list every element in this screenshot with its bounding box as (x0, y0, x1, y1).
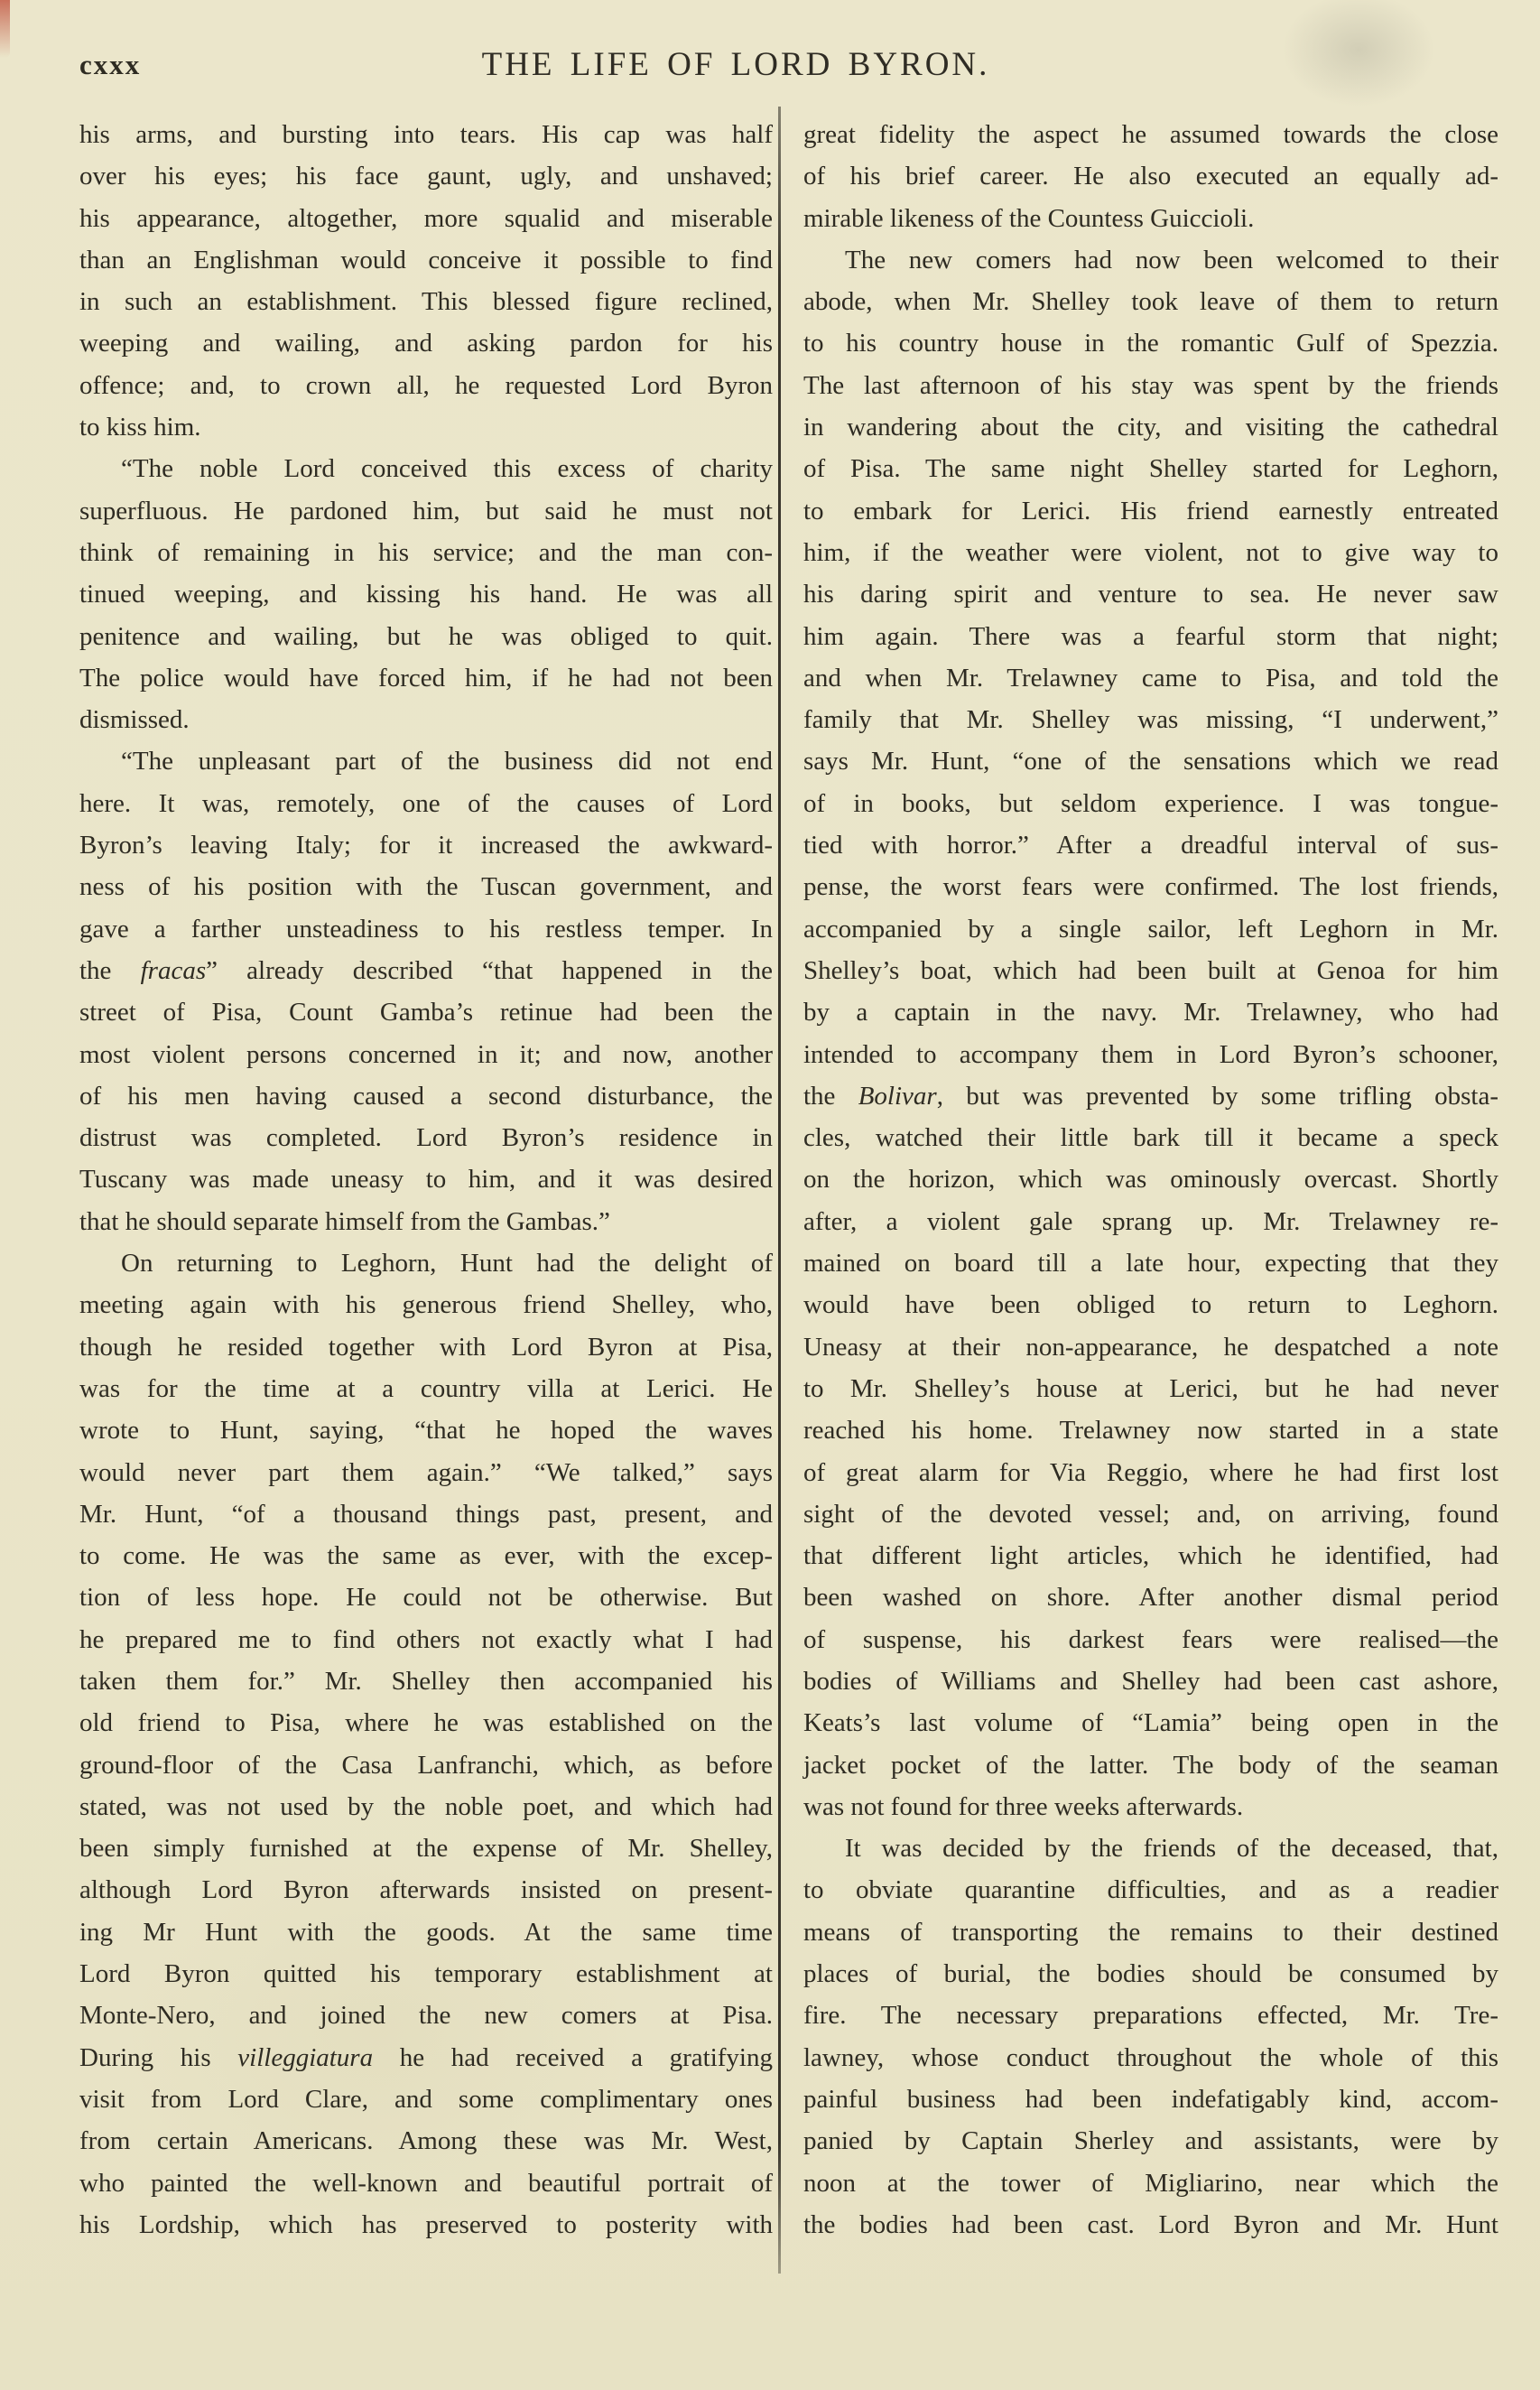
text-run: on the horizon, which was ominously over… (803, 1165, 1498, 1194)
text-line: by a captain in the navy. Mr. Trelawney,… (803, 991, 1498, 1033)
text-run: jacket pocket of the latter. The body of… (803, 1751, 1498, 1780)
text-line: Monte-Nero, and joined the new comers at… (79, 1995, 773, 2036)
text-line: Byron’s leaving Italy; for it increased … (79, 824, 773, 866)
text-run: means of transporting the remains to the… (803, 1918, 1498, 1947)
text-line: mirable likeness of the Countess Guiccio… (803, 198, 1498, 239)
text-line: to embark for Lerici. His friend earnest… (803, 490, 1498, 532)
text-line: offence; and, to crown all, he requested… (79, 365, 773, 406)
text-run: gave a farther unsteadiness to his restl… (79, 915, 773, 944)
text-line: visit from Lord Clare, and some complime… (79, 2078, 773, 2120)
text-line: of Pisa. The same night Shelley started … (803, 448, 1498, 489)
text-line: that he should separate himself from the… (79, 1201, 773, 1242)
text-run: Byron’s leaving Italy; for it increased … (79, 831, 773, 860)
text-line: means of transporting the remains to the… (803, 1911, 1498, 1953)
text-run: his appearance, altogether, more squalid… (79, 204, 773, 233)
text-run: places of burial, the bodies should be c… (803, 1959, 1498, 1988)
text-run: meeting again with his generous friend S… (79, 1290, 773, 1319)
text-run: from certain Americans. Among these was … (79, 2126, 773, 2155)
text-run: would never part them again.” “We talked… (79, 1458, 773, 1487)
text-line: his appearance, altogether, more squalid… (79, 198, 773, 239)
text-run: of his brief career. He also executed an… (803, 162, 1498, 191)
text-line: tied with horror.” After a dreadful inte… (803, 824, 1498, 866)
text-line: The police would have forced him, if he … (79, 657, 773, 699)
text-line: would have been obliged to return to Leg… (803, 1284, 1498, 1325)
text-line: been washed on shore. After another dism… (803, 1576, 1498, 1618)
text-run: although Lord Byron afterwards insisted … (79, 1875, 773, 1904)
text-line: would never part them again.” “We talked… (79, 1452, 773, 1493)
text-line: of suspense, his darkest fears were real… (803, 1619, 1498, 1660)
text-run: mirable likeness of the Countess Guiccio… (803, 204, 1254, 233)
text-line: distrust was completed. Lord Byron’s res… (79, 1117, 773, 1158)
text-run: who painted the well-known and beautiful… (79, 2169, 773, 2198)
text-run: ness of his position with the Tuscan gov… (79, 872, 773, 901)
text-line: jacket pocket of the latter. The body of… (803, 1744, 1498, 1786)
text-run: Shelley’s boat, which had been built at … (803, 956, 1498, 985)
text-line: his Lordship, which has preserved to pos… (79, 2204, 773, 2246)
text-run: mained on board till a late hour, expect… (803, 1249, 1498, 1278)
text-run: to Mr. Shelley’s house at Lerici, but he… (803, 1374, 1498, 1403)
text-line: Keats’s last volume of “Lamia” being ope… (803, 1702, 1498, 1744)
text-run: his Lordship, which has preserved to pos… (79, 2210, 773, 2239)
text-run: Mr. Hunt, “of a thousand things past, pr… (79, 1500, 773, 1529)
text-run: superfluous. He pardoned him, but said h… (79, 497, 773, 525)
text-run: noon at the tower of Migliarino, near wh… (803, 2169, 1498, 2198)
text-run: in such an establishment. This blessed f… (79, 287, 773, 316)
text-run: the bodies had been cast. Lord Byron and… (803, 2210, 1498, 2239)
text-line: to obviate quarantine difficulties, and … (803, 1869, 1498, 1911)
right-column: great fidelity the aspect he assumed tow… (803, 114, 1498, 2246)
text-run: him again. There was a fearful storm tha… (803, 622, 1498, 651)
text-run: weeping and wailing, and asking pardon f… (79, 329, 773, 358)
text-line: the fracas” already described “that happ… (79, 950, 773, 991)
text-line: ing Mr Hunt with the goods. At the same … (79, 1911, 773, 1953)
text-run: , but was prevented by some trifling obs… (937, 1082, 1498, 1111)
text-run: Lord Byron quitted his temporary establi… (79, 1959, 773, 1988)
text-run: of Pisa. The same night Shelley started … (803, 454, 1498, 483)
text-line: cles, watched their little bark till it … (803, 1117, 1498, 1158)
italic-text: villeggiatura (237, 2043, 373, 2072)
text-run: abode, when Mr. Shelley took leave of th… (803, 287, 1498, 316)
text-line: wrote to Hunt, saying, “that he hoped th… (79, 1409, 773, 1451)
text-run: great fidelity the aspect he assumed tow… (803, 120, 1498, 149)
text-line: great fidelity the aspect he assumed tow… (803, 114, 1498, 155)
italic-text: fracas (141, 956, 207, 985)
text-run: over his eyes; his face gaunt, ugly, and… (79, 162, 773, 191)
text-line: been simply furnished at the expense of … (79, 1827, 773, 1869)
text-line: tion of less hope. He could not be other… (79, 1576, 773, 1618)
text-line: him, if the weather were violent, not to… (803, 532, 1498, 573)
text-line: of his men having caused a second distur… (79, 1075, 773, 1117)
text-line: the bodies had been cast. Lord Byron and… (803, 2204, 1498, 2246)
text-run: intended to accompany them in Lord Byron… (803, 1040, 1498, 1069)
text-run: old friend to Pisa, where he was establi… (79, 1708, 773, 1737)
text-run: bodies of Williams and Shelley had been … (803, 1667, 1498, 1696)
text-line: who painted the well-known and beautiful… (79, 2162, 773, 2204)
text-line: mained on board till a late hour, expect… (803, 1242, 1498, 1284)
text-run: ing Mr Hunt with the goods. At the same … (79, 1918, 773, 1947)
text-run: of great alarm for Via Reggio, where he … (803, 1458, 1498, 1487)
text-line: It was decided by the friends of the dec… (803, 1827, 1498, 1869)
text-run: During his (79, 2043, 237, 2072)
text-run: lawney, whose conduct throughout the who… (803, 2043, 1498, 2072)
text-line: him again. There was a fearful storm tha… (803, 616, 1498, 657)
text-run: that different light articles, which he … (803, 1541, 1498, 1570)
text-run: dismissed. (79, 705, 190, 734)
text-line: than an Englishman would conceive it pos… (79, 239, 773, 281)
text-run: tion of less hope. He could not be other… (79, 1583, 773, 1612)
text-line: panied by Captain Sherley and assistants… (803, 2120, 1498, 2162)
text-run: of in books, but seldom experience. I wa… (803, 789, 1498, 818)
text-run: to obviate quarantine difficulties, and … (803, 1875, 1498, 1904)
text-run: Tuscany was made uneasy to him, and it w… (79, 1165, 773, 1194)
column-divider (778, 107, 781, 2274)
text-run: Monte-Nero, and joined the new comers at… (79, 2001, 773, 2030)
text-run: Keats’s last volume of “Lamia” being ope… (803, 1708, 1498, 1737)
left-column: his arms, and bursting into tears. His c… (79, 114, 773, 2246)
text-line: was not found for three weeks afterwards… (803, 1786, 1498, 1827)
text-line: superfluous. He pardoned him, but said h… (79, 490, 773, 532)
text-line: although Lord Byron afterwards insisted … (79, 1869, 773, 1911)
text-run: On returning to Leghorn, Hunt had the de… (121, 1249, 773, 1278)
text-line: of his brief career. He also executed an… (803, 155, 1498, 197)
text-line: that different light articles, which he … (803, 1535, 1498, 1576)
text-line: though he resided together with Lord Byr… (79, 1326, 773, 1368)
text-run: ” already described “that happened in th… (206, 956, 773, 985)
text-run: The police would have forced him, if he … (79, 664, 773, 693)
text-run: to embark for Lerici. His friend earnest… (803, 497, 1498, 525)
text-run: “The unpleasant part of the business did… (121, 747, 773, 776)
text-line: weeping and wailing, and asking pardon f… (79, 322, 773, 364)
text-line: bodies of Williams and Shelley had been … (803, 1660, 1498, 1702)
text-run: panied by Captain Sherley and assistants… (803, 2126, 1498, 2155)
text-run: the (79, 956, 141, 985)
text-line: tinued weeping, and kissing his hand. He… (79, 573, 773, 615)
text-run: tinued weeping, and kissing his hand. He… (79, 580, 773, 609)
text-line: he prepared me to find others not exactl… (79, 1619, 773, 1660)
text-run: by a captain in the navy. Mr. Trelawney,… (803, 998, 1498, 1027)
text-run: think of remaining in his service; and t… (79, 538, 773, 567)
text-line: noon at the tower of Migliarino, near wh… (803, 2162, 1498, 2204)
text-line: fire. The necessary preparations effecte… (803, 1995, 1498, 2036)
text-run: The last afternoon of his stay was spent… (803, 371, 1498, 400)
text-run: sight of the devoted vessel; and, on arr… (803, 1500, 1498, 1529)
text-line: to Mr. Shelley’s house at Lerici, but he… (803, 1368, 1498, 1409)
text-line: meeting again with his generous friend S… (79, 1284, 773, 1325)
text-run: most violent persons concerned in it; an… (79, 1040, 773, 1069)
text-line: in such an establishment. This blessed f… (79, 281, 773, 322)
text-line: pense, the worst fears were confirmed. T… (803, 866, 1498, 907)
text-line: On returning to Leghorn, Hunt had the de… (79, 1242, 773, 1284)
text-line: Mr. Hunt, “of a thousand things past, pr… (79, 1493, 773, 1535)
text-line: ness of his position with the Tuscan gov… (79, 866, 773, 907)
text-line: street of Pisa, Count Gamba’s retinue ha… (79, 991, 773, 1033)
text-run: family that Mr. Shelley was missing, “I … (803, 705, 1498, 734)
text-line: his daring spirit and venture to sea. He… (803, 573, 1498, 615)
text-run: and when Mr. Trelawney came to Pisa, and… (803, 664, 1498, 693)
text-run: to kiss him. (79, 413, 201, 442)
text-line: places of burial, the bodies should be c… (803, 1953, 1498, 1995)
text-run: would have been obliged to return to Leg… (803, 1290, 1498, 1319)
text-line: the Bolivar, but was prevented by some t… (803, 1075, 1498, 1117)
text-run: reached his home. Trelawney now started … (803, 1416, 1498, 1445)
text-line: painful business had been indefatigably … (803, 2078, 1498, 2120)
text-line: to come. He was the same as ever, with t… (79, 1535, 773, 1576)
text-run: was not found for three weeks afterwards… (803, 1792, 1243, 1821)
italic-text: Bolivar (858, 1082, 937, 1111)
text-line: in wandering about the city, and visitin… (803, 406, 1498, 448)
text-line: The last afternoon of his stay was spent… (803, 365, 1498, 406)
text-run: of his men having caused a second distur… (79, 1082, 773, 1111)
text-run: cles, watched their little bark till it … (803, 1123, 1498, 1152)
text-run: offence; and, to crown all, he requested… (79, 371, 773, 400)
text-line: his arms, and bursting into tears. His c… (79, 114, 773, 155)
text-line: and when Mr. Trelawney came to Pisa, and… (803, 657, 1498, 699)
text-line: from certain Americans. Among these was … (79, 2120, 773, 2162)
text-line: The new comers had now been welcomed to … (803, 239, 1498, 281)
running-title: THE LIFE OF LORD BYRON. (0, 47, 1471, 83)
text-line: think of remaining in his service; and t… (79, 532, 773, 573)
text-line: stated, was not used by the noble poet, … (79, 1786, 773, 1827)
page-header: cxxx THE LIFE OF LORD BYRON. (0, 47, 1540, 87)
text-line: after, a violent gale sprang up. Mr. Tre… (803, 1201, 1498, 1242)
text-line: sight of the devoted vessel; and, on arr… (803, 1493, 1498, 1535)
text-run: his arms, and bursting into tears. His c… (79, 120, 773, 149)
text-run: him, if the weather were violent, not to… (803, 538, 1498, 567)
text-line: most violent persons concerned in it; an… (79, 1034, 773, 1075)
text-line: taken them for.” Mr. Shelley then accomp… (79, 1660, 773, 1702)
text-line: Lord Byron quitted his temporary establi… (79, 1953, 773, 1995)
text-run: stated, was not used by the noble poet, … (79, 1792, 773, 1821)
text-line: abode, when Mr. Shelley took leave of th… (803, 281, 1498, 322)
text-run: says Mr. Hunt, “one of the sensations wh… (803, 747, 1498, 776)
text-line: to kiss him. (79, 406, 773, 448)
text-run: visit from Lord Clare, and some complime… (79, 2085, 773, 2114)
book-page-scan: cxxx THE LIFE OF LORD BYRON. his arms, a… (0, 0, 1540, 2390)
text-line: reached his home. Trelawney now started … (803, 1409, 1498, 1451)
text-run: penitence and wailing, but he was oblige… (79, 622, 773, 651)
text-line: on the horizon, which was ominously over… (803, 1158, 1498, 1200)
text-run: to his country house in the romantic Gul… (803, 329, 1498, 358)
text-line: Shelley’s boat, which had been built at … (803, 950, 1498, 991)
text-line: old friend to Pisa, where he was establi… (79, 1702, 773, 1744)
text-run: distrust was completed. Lord Byron’s res… (79, 1123, 773, 1152)
text-line: family that Mr. Shelley was missing, “I … (803, 699, 1498, 740)
text-line: intended to accompany them in Lord Byron… (803, 1034, 1498, 1075)
text-line: says Mr. Hunt, “one of the sensations wh… (803, 740, 1498, 782)
text-run: been simply furnished at the expense of … (79, 1834, 773, 1863)
text-line: of great alarm for Via Reggio, where he … (803, 1452, 1498, 1493)
text-run: though he resided together with Lord Byr… (79, 1333, 773, 1362)
text-line: was for the time at a country villa at L… (79, 1368, 773, 1409)
text-run: It was decided by the friends of the dec… (845, 1834, 1498, 1863)
text-line: gave a farther unsteadiness to his restl… (79, 908, 773, 950)
text-run: ground-floor of the Casa Lanfranchi, whi… (79, 1751, 773, 1780)
text-run: he prepared me to find others not exactl… (79, 1625, 773, 1654)
text-run: painful business had been indefatigably … (803, 2085, 1498, 2114)
text-run: than an Englishman would conceive it pos… (79, 246, 773, 274)
text-run: after, a violent gale sprang up. Mr. Tre… (803, 1207, 1498, 1236)
text-line: Uneasy at their non-appearance, he despa… (803, 1326, 1498, 1368)
text-line: accompanied by a single sailor, left Leg… (803, 908, 1498, 950)
text-line: “The unpleasant part of the business did… (79, 740, 773, 782)
text-run: tied with horror.” After a dreadful inte… (803, 831, 1498, 860)
text-run: wrote to Hunt, saying, “that he hoped th… (79, 1416, 773, 1445)
text-run: of suspense, his darkest fears were real… (803, 1625, 1498, 1654)
text-run: street of Pisa, Count Gamba’s retinue ha… (79, 998, 773, 1027)
text-line: lawney, whose conduct throughout the who… (803, 2037, 1498, 2078)
text-line: “The noble Lord conceived this excess of… (79, 448, 773, 489)
text-run: Uneasy at their non-appearance, he despa… (803, 1333, 1498, 1362)
text-line: over his eyes; his face gaunt, ugly, and… (79, 155, 773, 197)
text-line: During his villeggiatura he had received… (79, 2037, 773, 2078)
text-run: pense, the worst fears were confirmed. T… (803, 872, 1498, 901)
text-run: he had received a gratifying (373, 2043, 773, 2072)
text-run: to come. He was the same as ever, with t… (79, 1541, 773, 1570)
text-run: accompanied by a single sailor, left Leg… (803, 915, 1498, 944)
text-run: that he should separate himself from the… (79, 1207, 610, 1236)
text-run: was for the time at a country villa at L… (79, 1374, 773, 1403)
text-run: the (803, 1082, 858, 1111)
text-line: ground-floor of the Casa Lanfranchi, whi… (79, 1744, 773, 1786)
text-run: The new comers had now been welcomed to … (845, 246, 1498, 274)
text-run: taken them for.” Mr. Shelley then accomp… (79, 1667, 773, 1696)
text-run: fire. The necessary preparations effecte… (803, 2001, 1498, 2030)
text-run: been washed on shore. After another dism… (803, 1583, 1498, 1612)
text-line: dismissed. (79, 699, 773, 740)
text-line: here. It was, remotely, one of the cause… (79, 783, 773, 824)
text-run: in wandering about the city, and visitin… (803, 413, 1498, 442)
text-run: here. It was, remotely, one of the cause… (79, 789, 773, 818)
text-line: of in books, but seldom experience. I wa… (803, 783, 1498, 824)
text-line: penitence and wailing, but he was oblige… (79, 616, 773, 657)
text-run: his daring spirit and venture to sea. He… (803, 580, 1498, 609)
text-line: to his country house in the romantic Gul… (803, 322, 1498, 364)
text-line: Tuscany was made uneasy to him, and it w… (79, 1158, 773, 1200)
text-run: “The noble Lord conceived this excess of… (121, 454, 773, 483)
